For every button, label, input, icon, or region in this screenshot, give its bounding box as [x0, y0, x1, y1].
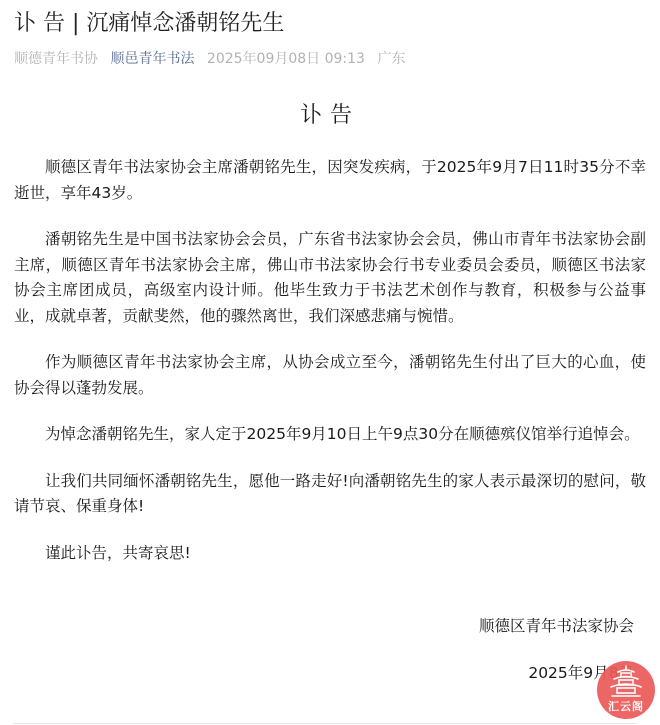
pagoda-icon	[606, 665, 646, 699]
author-name: 顺德青年书协	[14, 51, 98, 67]
article-meta: 顺德青年书协 顺邑青年书法 2025年09月08日 09:13 广东	[14, 49, 413, 69]
article-title: 讣 告 | 沉痛悼念潘朝铭先生	[14, 8, 284, 40]
paragraph-closing: 谨此讣告，共寄哀思!	[14, 541, 646, 567]
notice-heading: 讣告	[0, 101, 660, 131]
watermark-logo: 汇云阁	[597, 661, 655, 719]
publish-location: 广东	[377, 51, 405, 67]
paragraph-biography: 潘朝铭先生是中国书法家协会会员，广东省书法家协会会员，佛山市青年书法家协会副主席…	[14, 227, 646, 329]
bottom-divider	[14, 723, 636, 724]
paragraph-condolences: 让我们共同缅怀潘朝铭先生，愿他一路走好!向潘朝铭先生的家人表示最深切的慰问，敬请…	[14, 469, 646, 520]
account-link[interactable]: 顺邑青年书法	[110, 51, 194, 67]
signature: 顺德区青年书法家协会	[479, 613, 634, 639]
paragraph-death-announcement: 顺德区青年书法家协会主席潘朝铭先生，因突发疾病，于2025年9月7日11时35分…	[14, 155, 646, 206]
publish-datetime: 2025年09月08日 09:13	[207, 51, 365, 67]
paragraph-memorial-service: 为悼念潘朝铭先生，家人定于2025年9月10日上午9点30分在顺德殡仪馆举行追悼…	[14, 422, 646, 448]
notice-body: 顺德区青年书法家协会主席潘朝铭先生，因突发疾病，于2025年9月7日11时35分…	[14, 155, 646, 587]
watermark-text: 汇云阁	[608, 701, 644, 713]
paragraph-contribution: 作为顺德区青年书法家协会主席，从协会成立至今，潘朝铭先生付出了巨大的心血，使协会…	[14, 350, 646, 401]
